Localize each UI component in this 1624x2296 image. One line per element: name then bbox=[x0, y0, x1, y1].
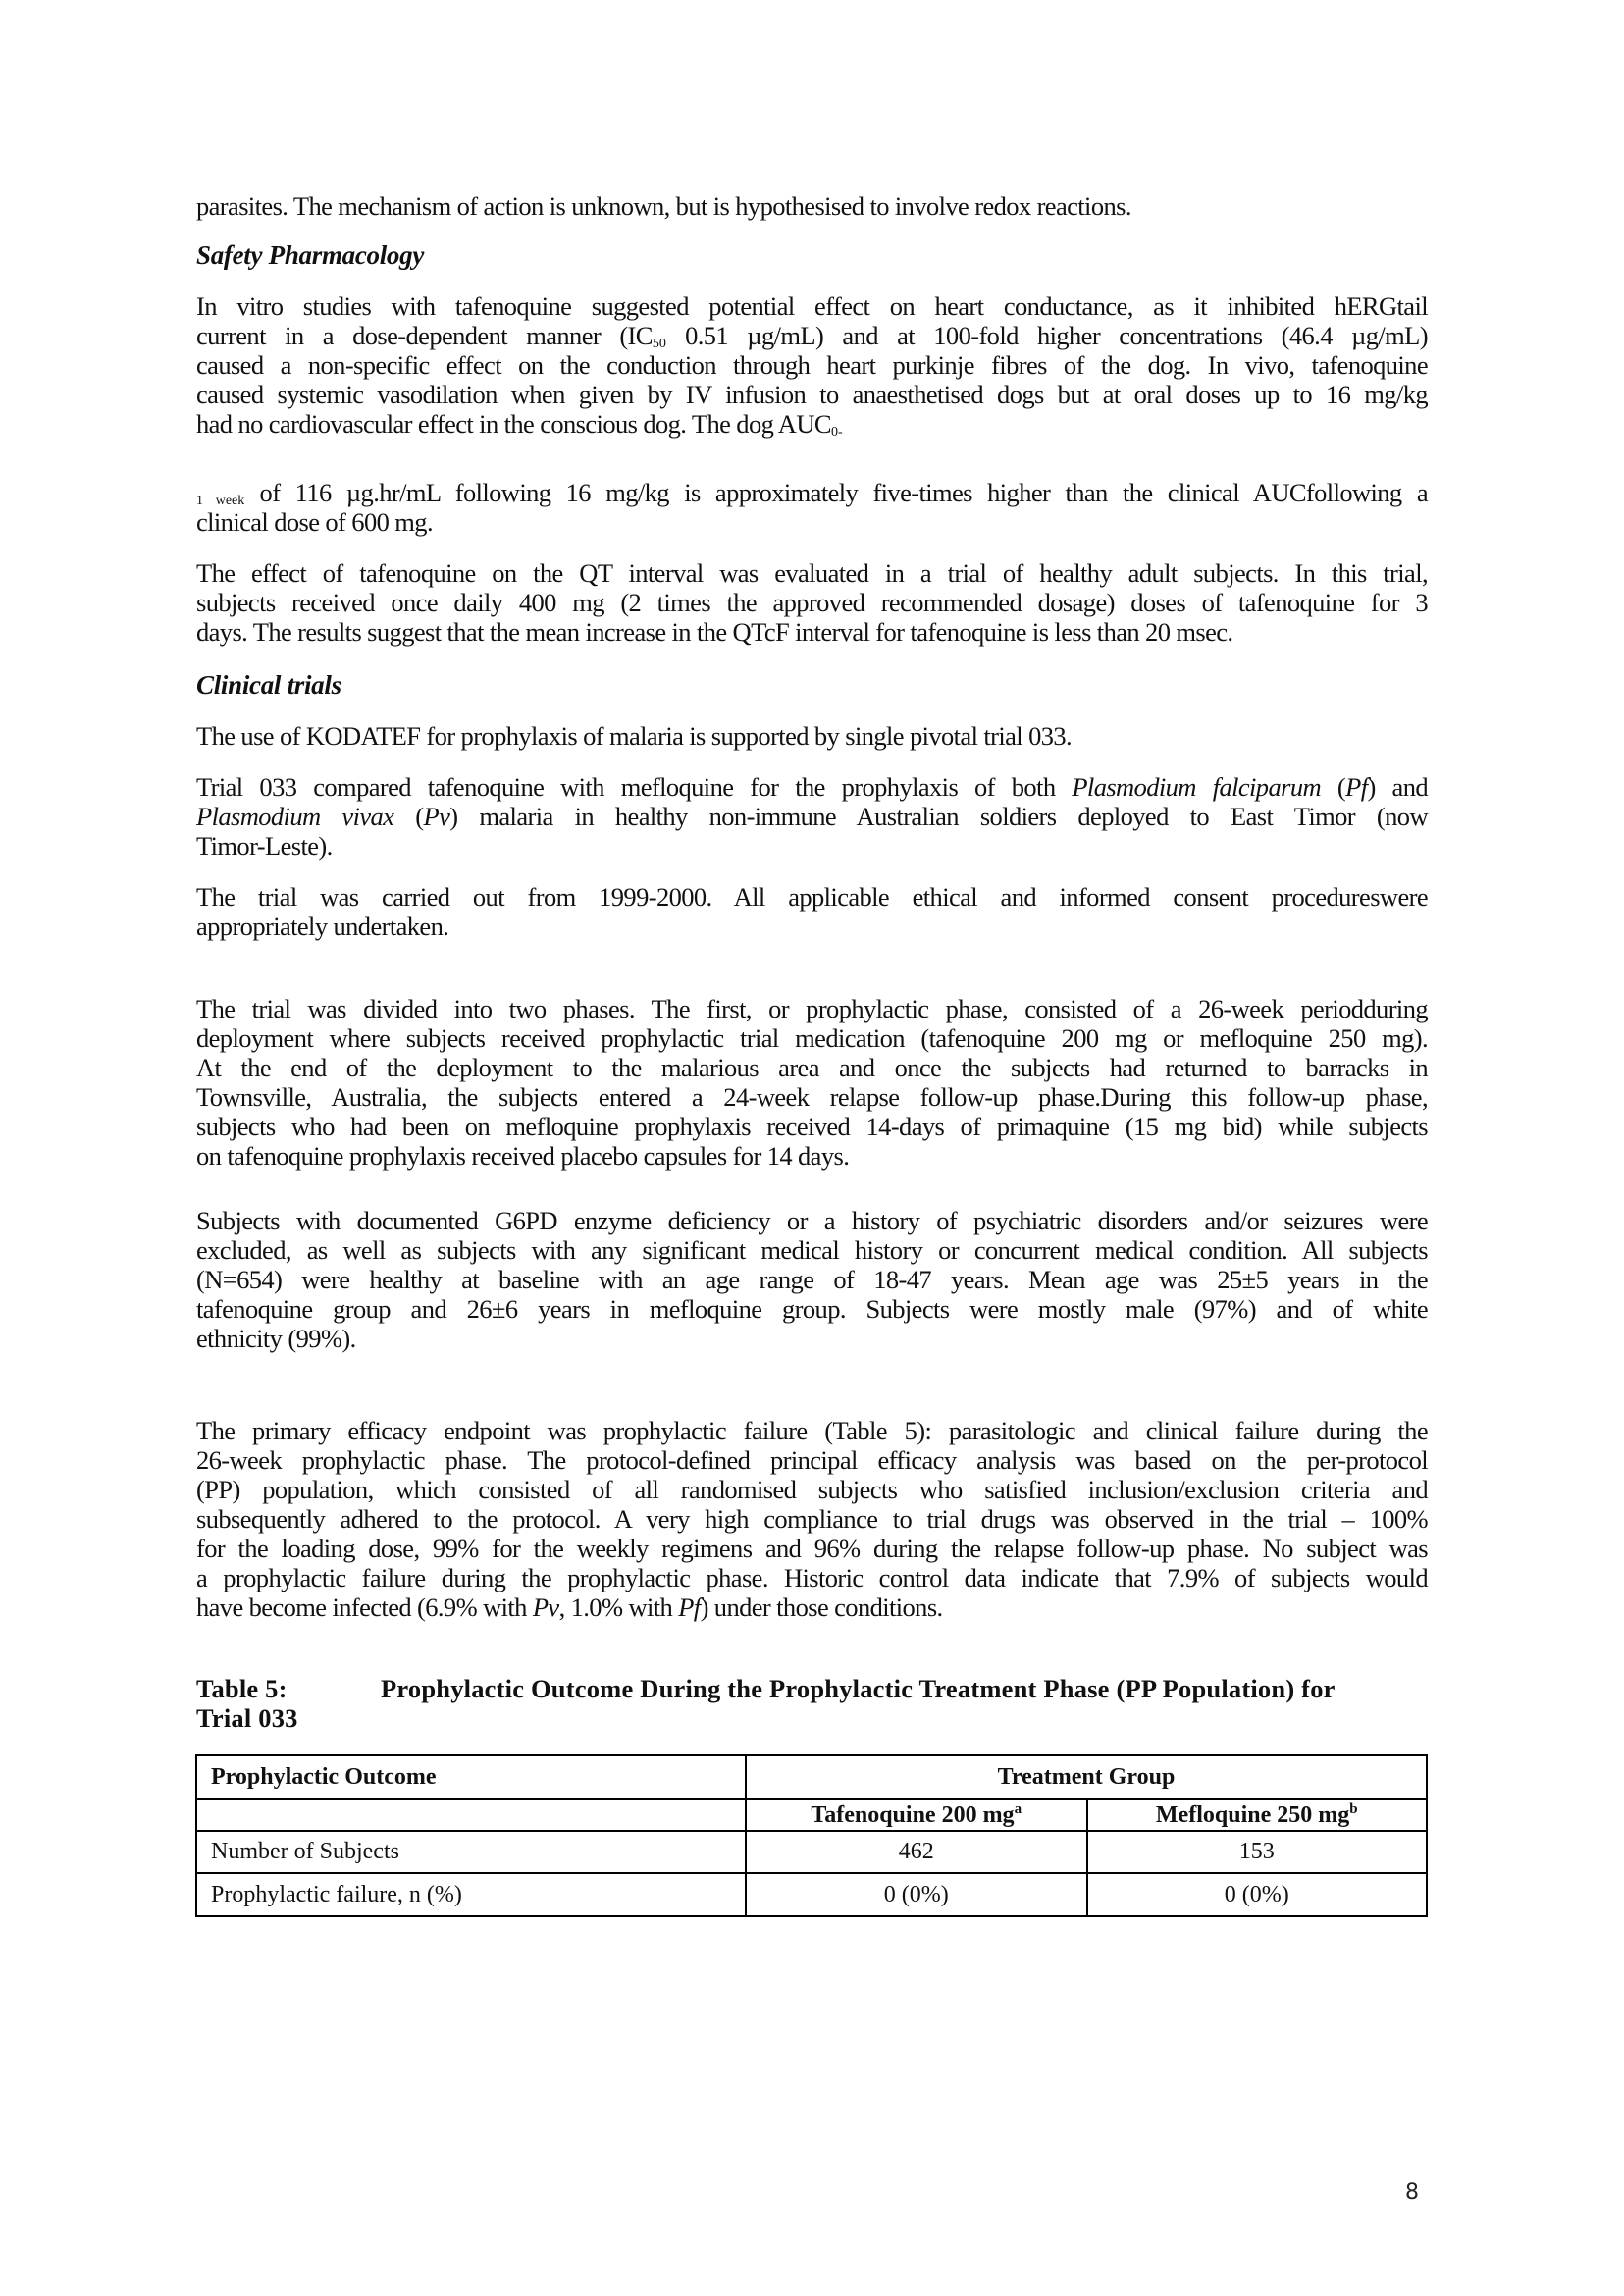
text-line: ethnicity (99%). bbox=[196, 1324, 1428, 1353]
text-run: ) under those conditions. bbox=[701, 1592, 943, 1622]
row-label: Prophylactic failure, n (%) bbox=[196, 1873, 746, 1916]
text-line: Trial 033 compared tafenoquine with mefl… bbox=[196, 772, 1428, 802]
text-run: ) and bbox=[1367, 772, 1428, 802]
table-header-row: Prophylactic Outcome Treatment Group bbox=[196, 1755, 1427, 1799]
text-line: The trial was carried out from 1999-2000… bbox=[196, 882, 1428, 912]
text-line: caused a non-specific effect on the cond… bbox=[196, 350, 1428, 380]
document-page: parasites. The mechanism of action is un… bbox=[0, 0, 1624, 2296]
prophylactic-outcome-table: Prophylactic Outcome Treatment Group Taf… bbox=[195, 1754, 1428, 1917]
text-line: (PP) population, which consisted of all … bbox=[196, 1475, 1428, 1504]
text-run: , 1.0% with bbox=[559, 1592, 679, 1622]
page-number: 8 bbox=[1405, 2180, 1419, 2205]
cell-tafenoquine: 0 (0%) bbox=[746, 1873, 1087, 1916]
text-line: for the loading dose, 99% for the weekly… bbox=[196, 1534, 1428, 1563]
column-header-mefloquine: Mefloquine 250 mgb bbox=[1087, 1799, 1428, 1831]
text-line: Plasmodium vivax (Pv) malaria in healthy… bbox=[196, 802, 1428, 831]
subscript-50: 50 bbox=[653, 337, 666, 351]
text-run: had no cardiovascular effect in the cons… bbox=[196, 409, 831, 439]
table-row: Number of Subjects 462 153 bbox=[196, 1831, 1427, 1873]
text-line: Townsville, Australia, the subjects ente… bbox=[196, 1082, 1428, 1112]
cell-mefloquine: 153 bbox=[1087, 1831, 1428, 1873]
text-line: appropriately undertaken. bbox=[196, 912, 1428, 941]
text-line: At the end of the deployment to the mala… bbox=[196, 1053, 1428, 1082]
text-line: on tafenoquine prophylaxis received plac… bbox=[196, 1141, 1428, 1171]
text-line: Subjects with documented G6PD enzyme def… bbox=[196, 1206, 1428, 1235]
table-caption-line-2: Trial 033 bbox=[196, 1703, 1428, 1733]
clinical-paragraph-1: The use of KODATEF for prophylaxis of ma… bbox=[196, 721, 1428, 751]
species-abbrev: Pf bbox=[678, 1592, 700, 1622]
text-run: current in a dose-dependent manner (IC bbox=[196, 321, 653, 350]
species-abbrev: Pv bbox=[533, 1592, 559, 1622]
text-line: The effect of tafenoquine on the QT inte… bbox=[196, 558, 1428, 588]
text-line: subsequently adhered to the protocol. A … bbox=[196, 1504, 1428, 1534]
text-line: had no cardiovascular effect in the cons… bbox=[196, 409, 1428, 447]
text-line: days. The results suggest that the mean … bbox=[196, 617, 1428, 647]
text-line: In vitro studies with tafenoquine sugges… bbox=[196, 291, 1428, 321]
text-line: The trial was divided into two phases. T… bbox=[196, 994, 1428, 1023]
text-line: (N=654) were healthy at baseline with an… bbox=[196, 1265, 1428, 1294]
text-line: excluded, as well as subjects with any s… bbox=[196, 1235, 1428, 1265]
text-run: 0.51 µg/mL) and at 100-fold higher conce… bbox=[666, 321, 1428, 350]
table-caption: Table 5:Prophylactic Outcome During the … bbox=[196, 1674, 1428, 1703]
section-heading-safety-pharmacology: Safety Pharmacology bbox=[196, 240, 1428, 270]
text-run: Trial 033 compared tafenoquine with mefl… bbox=[196, 772, 1072, 802]
column-header-treatment-group: Treatment Group bbox=[746, 1755, 1427, 1799]
text-line: 26-week prophylactic phase. The protocol… bbox=[196, 1445, 1428, 1475]
row-label: Number of Subjects bbox=[196, 1831, 746, 1873]
text-line: Timor-Leste). bbox=[196, 831, 1428, 861]
table-row: Prophylactic failure, n (%) 0 (0%) 0 (0%… bbox=[196, 1873, 1427, 1916]
footnote-marker: a bbox=[1015, 1801, 1022, 1817]
text-line: subjects who had been on mefloquine prop… bbox=[196, 1112, 1428, 1141]
text-line: have become infected (6.9% with Pv, 1.0%… bbox=[196, 1592, 1428, 1622]
text-line: tafenoquine group and 26±6 years in mefl… bbox=[196, 1294, 1428, 1324]
text-run: ( bbox=[1321, 772, 1345, 802]
text-run: ( bbox=[393, 802, 423, 831]
text-line: The primary efficacy endpoint was prophy… bbox=[196, 1416, 1428, 1445]
subscript-auc: 0- bbox=[831, 425, 843, 440]
species-name: Plasmodium falciparum bbox=[1072, 772, 1321, 802]
cell-mefloquine: 0 (0%) bbox=[1087, 1873, 1428, 1916]
footnote-marker: b bbox=[1349, 1801, 1357, 1817]
cell-tafenoquine: 462 bbox=[746, 1831, 1087, 1873]
text-run: of 116 µg.hr/mL following 16 mg/kg is ap… bbox=[244, 478, 1428, 507]
table-subheader-row: Tafenoquine 200 mga Mefloquine 250 mgb bbox=[196, 1799, 1427, 1831]
species-abbrev: Pf bbox=[1345, 772, 1367, 802]
intro-line: parasites. The mechanism of action is un… bbox=[196, 191, 1428, 221]
text-line: subjects received once daily 400 mg (2 t… bbox=[196, 588, 1428, 617]
text-run: ) malaria in healthy non-immune Australi… bbox=[449, 802, 1428, 831]
column-header-tafenoquine: Tafenoquine 200 mga bbox=[746, 1799, 1087, 1831]
text-line: deployment where subjects received proph… bbox=[196, 1023, 1428, 1053]
text-run: have become infected (6.9% with bbox=[196, 1592, 533, 1622]
text-line: a prophylactic failure during the prophy… bbox=[196, 1563, 1428, 1592]
table-label: Table 5: bbox=[196, 1674, 381, 1703]
text-line: caused systemic vasodilation when given … bbox=[196, 380, 1428, 409]
table-title: Prophylactic Outcome During the Prophyla… bbox=[381, 1674, 1336, 1703]
section-heading-clinical-trials: Clinical trials bbox=[196, 670, 1428, 700]
column-header-outcome: Prophylactic Outcome bbox=[196, 1755, 746, 1799]
subscript-1-week: 1 week bbox=[196, 494, 244, 508]
species-name: Plasmodium vivax bbox=[196, 802, 393, 831]
text-line: clinical dose of 600 mg. bbox=[196, 507, 1428, 537]
species-abbrev: Pv bbox=[423, 802, 449, 831]
empty-cell bbox=[196, 1799, 746, 1831]
